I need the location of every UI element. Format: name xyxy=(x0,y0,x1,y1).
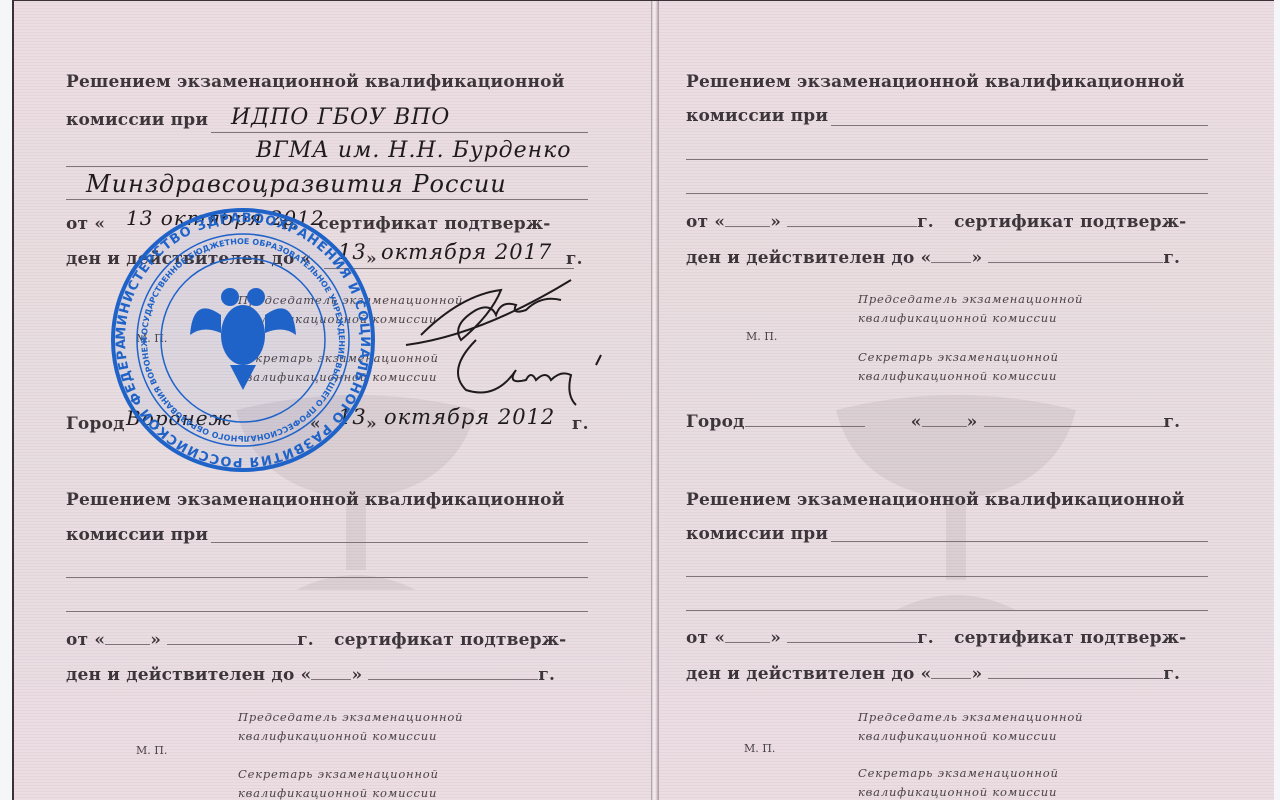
block2-valid-line: ден и действителен до «» г. xyxy=(66,665,588,685)
open-quote: « xyxy=(301,665,312,685)
valid-label: ден и действителен до xyxy=(686,664,914,684)
block1-heading: Решением экзаменационной квалификационно… xyxy=(686,72,1208,92)
block2-commission-label: комиссии при xyxy=(686,524,836,544)
chairman-label-line-2: квалификационной комиссии xyxy=(858,309,1083,328)
commission-line-1 xyxy=(831,125,1208,126)
right-page: Решением экзаменационной квалификационно… xyxy=(686,0,1208,800)
left-page: Решением экзаменационной квалификационно… xyxy=(66,0,588,800)
chairman-label: Председатель экзаменационной квалификаци… xyxy=(238,708,463,746)
close-quote: » xyxy=(351,665,362,685)
commission-line-3 xyxy=(686,610,1208,611)
mp-label: М. П. xyxy=(744,742,775,755)
block2-heading: Решением экзаменационной квалификационно… xyxy=(66,490,588,510)
official-stamp-icon: МИНИСТЕРСТВО ЗДРАВООХРАНЕНИЯ И СОЦИАЛЬНО… xyxy=(108,205,378,475)
commission-handwritten-1: ИДПО ГБОУ ВПО xyxy=(231,105,450,130)
year-suffix: г. xyxy=(1164,412,1181,432)
block1-city-line: Город «» г. xyxy=(686,412,1208,432)
secretary-label-line-2: квалификационной комиссии xyxy=(858,783,1059,800)
chairman-label-line-1: Председатель экзаменационной xyxy=(858,290,1083,309)
block1-valid-line: ден и действителен до «» г. xyxy=(686,248,1208,268)
open-quote: « xyxy=(921,664,932,684)
year-suffix: г. xyxy=(1163,664,1180,684)
close-quote: » xyxy=(770,212,781,232)
commission-handwritten-2: ВГМА им. Н.Н. Бурденко xyxy=(256,138,572,163)
commission-line-1 xyxy=(211,132,588,133)
block2-commission-label: комиссии при xyxy=(66,525,216,545)
page-fold xyxy=(651,1,659,800)
chairman-label-line-2: квалификационной комиссии xyxy=(858,727,1083,746)
block2-from-line: от «» г. сертификат подтверж- xyxy=(686,628,1208,648)
commission-line-1 xyxy=(211,542,588,543)
commission-line-2 xyxy=(66,577,588,578)
confirmed-label: сертификат подтверж- xyxy=(334,630,566,650)
year-suffix: г. xyxy=(538,665,555,685)
from-label: от xyxy=(686,212,708,232)
secretary-label-line-1: Секретарь экзаменационной xyxy=(858,764,1059,783)
block1-heading: Решением экзаменационной квалификационно… xyxy=(66,72,588,92)
chairman-label-line-2: квалификационной комиссии xyxy=(238,727,463,746)
secretary-label-line-2: квалификационной комиссии xyxy=(238,784,439,800)
mp-label: М. П. xyxy=(136,744,167,757)
valid-label: ден и действителен до xyxy=(66,665,294,685)
secretary-label-line-1: Секретарь экзаменационной xyxy=(858,348,1059,367)
year-suffix: г. xyxy=(917,212,934,232)
confirmed-label: сертификат подтверж- xyxy=(954,212,1186,232)
block1-commission-label: комиссии при xyxy=(66,110,216,130)
open-quote: « xyxy=(714,628,725,648)
commission-line-3 xyxy=(686,193,1208,194)
commission-line-2 xyxy=(66,166,588,167)
valid-label: ден и действителен до xyxy=(686,248,914,268)
chairman-label: Председатель экзаменационной квалификаци… xyxy=(858,290,1083,328)
block1-from-line: от «» г. сертификат подтверж- xyxy=(686,212,1208,232)
open-quote: « xyxy=(911,412,922,432)
year-suffix: г. xyxy=(572,414,592,434)
open-quote: « xyxy=(714,212,725,232)
secretary-label-line-1: Секретарь экзаменационной xyxy=(238,765,439,784)
valid-date-month: октября 2017 xyxy=(381,240,552,264)
commission-handwritten-3: Минздравсоцразвития России xyxy=(86,170,507,198)
commission-line-2 xyxy=(686,159,1208,160)
year-suffix: г. xyxy=(566,249,586,269)
close-quote: » xyxy=(770,628,781,648)
year-suffix: г. xyxy=(297,630,314,650)
city-label: Город xyxy=(686,412,745,432)
block2-from-line: от «» г. сертификат подтверж- xyxy=(66,630,588,650)
chairman-label: Председатель экзаменационной квалификаци… xyxy=(858,708,1083,746)
block1-commission-label: комиссии при xyxy=(686,106,836,126)
commission-line-2 xyxy=(686,576,1208,577)
block2-heading: Решением экзаменационной квалификационно… xyxy=(686,490,1208,510)
close-quote: » xyxy=(971,664,982,684)
from-label: от xyxy=(686,628,708,648)
commission-line-3 xyxy=(66,199,588,200)
from-label: от xyxy=(66,214,88,234)
city-date-month: октября 2012 xyxy=(384,405,555,429)
block2-valid-line: ден и действителен до «» г. xyxy=(686,664,1208,684)
close-quote: » xyxy=(971,248,982,268)
secretary-label-line-2: квалификационной комиссии xyxy=(858,367,1059,386)
year-suffix: г. xyxy=(917,628,934,648)
close-quote: » xyxy=(967,412,978,432)
from-label: от xyxy=(66,630,88,650)
chairman-label-line-1: Председатель экзаменационной xyxy=(238,708,463,727)
secretary-signature-icon xyxy=(436,330,606,410)
mp-label: М. П. xyxy=(746,330,777,343)
close-quote: » xyxy=(150,630,161,650)
open-quote: « xyxy=(94,630,105,650)
open-quote: « xyxy=(921,248,932,268)
open-quote: « xyxy=(94,214,105,234)
chairman-label-line-1: Председатель экзаменационной xyxy=(858,708,1083,727)
secretary-label: Секретарь экзаменационной квалификационн… xyxy=(858,348,1059,386)
secretary-label: Секретарь экзаменационной квалификационн… xyxy=(238,765,439,800)
commission-line-3 xyxy=(66,611,588,612)
commission-line-1 xyxy=(831,541,1208,542)
confirmed-label: сертификат подтверж- xyxy=(954,628,1186,648)
year-suffix: г. xyxy=(1163,248,1180,268)
secretary-label: Секретарь экзаменационной квалификационн… xyxy=(858,764,1059,800)
